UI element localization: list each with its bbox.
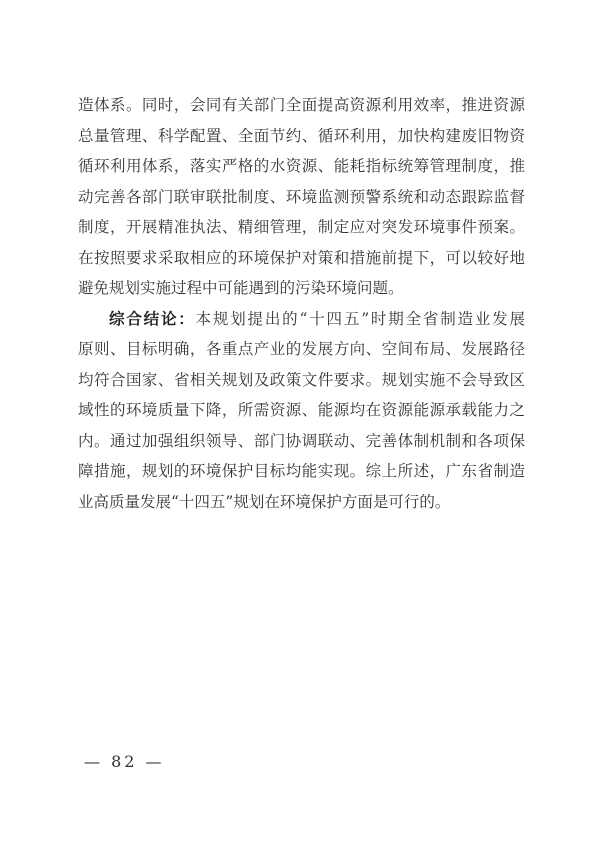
text-line: 在按照要求采取相应的环境保护对策和措施前提下，可以较好地 (78, 243, 525, 274)
text-line: 域性的环境质量下降，所需资源、能源均在资源能源承载能力之 (78, 395, 525, 426)
text-line: 均符合国家、省相关规划及政策文件要求。规划实施不会导致区 (78, 365, 525, 396)
text-line: 内。通过加强组织领导、部门协调联动、完善体制机制和各项保 (78, 426, 525, 457)
text-line: 循环利用体系，落实严格的水资源、能耗指标统筹管理制度，推 (78, 151, 525, 182)
body-text: 造体系。同时，会同有关部门全面提高资源利用效率，推进资源 总量管理、科学配置、全… (78, 90, 525, 517)
text-line: 业高质量发展“十四五”规划在环境保护方面是可行的。 (78, 487, 525, 518)
text-line: 障措施，规划的环境保护目标均能实现。综上所述，广东省制造 (78, 456, 525, 487)
text-line: 总量管理、科学配置、全面节约、循环利用，加快构建废旧物资 (78, 121, 525, 152)
text-line-continuation: 本规划提出的“十四五”时期全省制造业发展 (196, 310, 525, 328)
text-line: 避免规划实施过程中可能遇到的污染环境问题。 (78, 273, 525, 304)
conclusion-label: 综合结论： (109, 309, 196, 328)
document-page: 造体系。同时，会同有关部门全面提高资源利用效率，推进资源 总量管理、科学配置、全… (0, 0, 600, 848)
text-line: 原则、目标明确，各重点产业的发展方向、空间布局、发展路径 (78, 334, 525, 365)
text-line-paragraph-start: 综合结论：本规划提出的“十四五”时期全省制造业发展 (78, 304, 525, 335)
text-line: 动完善各部门联审联批制度、环境监测预警系统和动态跟踪监督 (78, 182, 525, 213)
text-line: 造体系。同时，会同有关部门全面提高资源利用效率，推进资源 (78, 90, 525, 121)
text-line: 制度，开展精准执法、精细管理，制定应对突发环境事件预案。 (78, 212, 525, 243)
page-number: — 82 — (84, 751, 165, 773)
